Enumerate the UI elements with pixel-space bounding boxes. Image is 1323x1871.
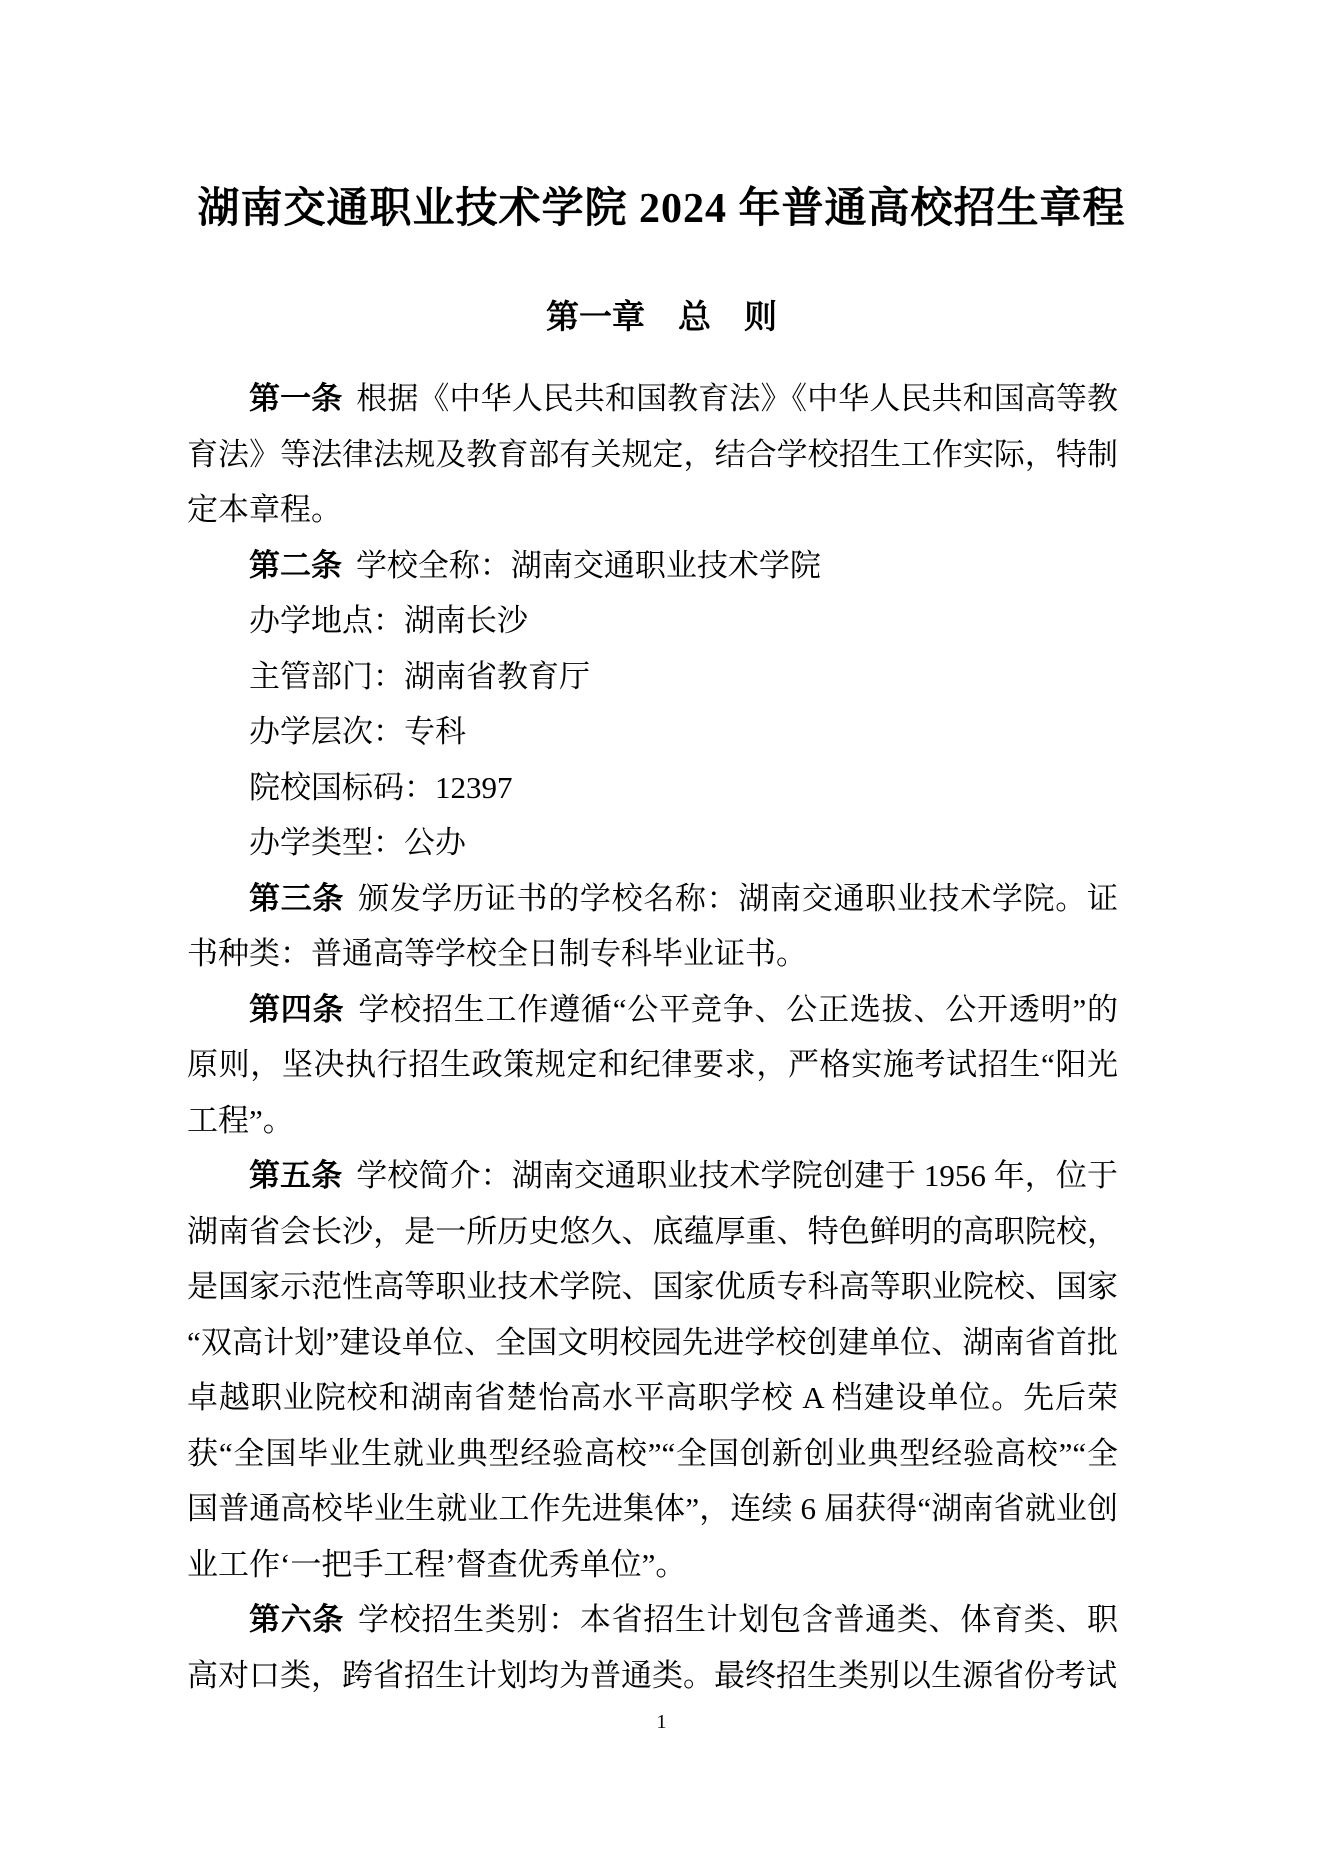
paragraph: 第二条学校全称：湖南交通职业技术学院 xyxy=(187,538,1118,594)
paragraph: 第五条学校简介：湖南交通职业技术学院创建于 1956 年，位于湖南省会长沙，是一… xyxy=(187,1148,1118,1592)
document-body: 第一条根据《中华人民共和国教育法》《中华人民共和国高等教育法》等法律法规及教育部… xyxy=(187,371,1118,1703)
document-page: 湖南交通职业技术学院 2024 年普通高校招生章程 第一章 总 则 第一条根据《… xyxy=(0,0,1323,1871)
article-label: 第二条 xyxy=(249,548,342,583)
page-footer: 1 xyxy=(0,1710,1323,1734)
paragraph-text: 办学层次：专科 xyxy=(249,714,466,749)
article-label: 第三条 xyxy=(249,881,344,916)
paragraph: 办学层次：专科 xyxy=(187,704,1118,760)
paragraph: 第六条学校招生类别：本省招生计划包含普通类、体育类、职高对口类，跨省招生计划均为… xyxy=(187,1592,1118,1703)
paragraph: 第四条学校招生工作遵循“公平竞争、公正选拔、公开透明”的原则，坚决执行招生政策规… xyxy=(187,982,1118,1149)
article-label: 第五条 xyxy=(249,1158,342,1193)
article-label: 第四条 xyxy=(249,992,344,1027)
paragraph: 第一条根据《中华人民共和国教育法》《中华人民共和国高等教育法》等法律法规及教育部… xyxy=(187,371,1118,538)
page-number: 1 xyxy=(657,1711,667,1733)
paragraph: 院校国标码：12397 xyxy=(187,760,1118,816)
paragraph-text: 办学地点：湖南长沙 xyxy=(249,603,528,638)
paragraph-text: 学校全称：湖南交通职业技术学院 xyxy=(356,548,821,583)
paragraph-text: 院校国标码：12397 xyxy=(249,770,513,805)
article-label: 第一条 xyxy=(249,381,342,416)
paragraph-text: 学校简介：湖南交通职业技术学院创建于 1956 年，位于湖南省会长沙，是一所历史… xyxy=(187,1158,1118,1582)
paragraph: 办学类型：公办 xyxy=(187,815,1118,871)
paragraph: 主管部门：湖南省教育厅 xyxy=(187,649,1118,705)
document-title: 湖南交通职业技术学院 2024 年普通高校招生章程 xyxy=(0,185,1323,233)
paragraph-text: 主管部门：湖南省教育厅 xyxy=(249,659,590,694)
paragraph: 第三条颁发学历证书的学校名称：湖南交通职业技术学院。证书种类：普通高等学校全日制… xyxy=(187,871,1118,982)
paragraph-text: 办学类型：公办 xyxy=(249,825,466,860)
chapter-heading: 第一章 总 则 xyxy=(0,301,1323,335)
paragraph: 办学地点：湖南长沙 xyxy=(187,593,1118,649)
article-label: 第六条 xyxy=(249,1602,344,1637)
